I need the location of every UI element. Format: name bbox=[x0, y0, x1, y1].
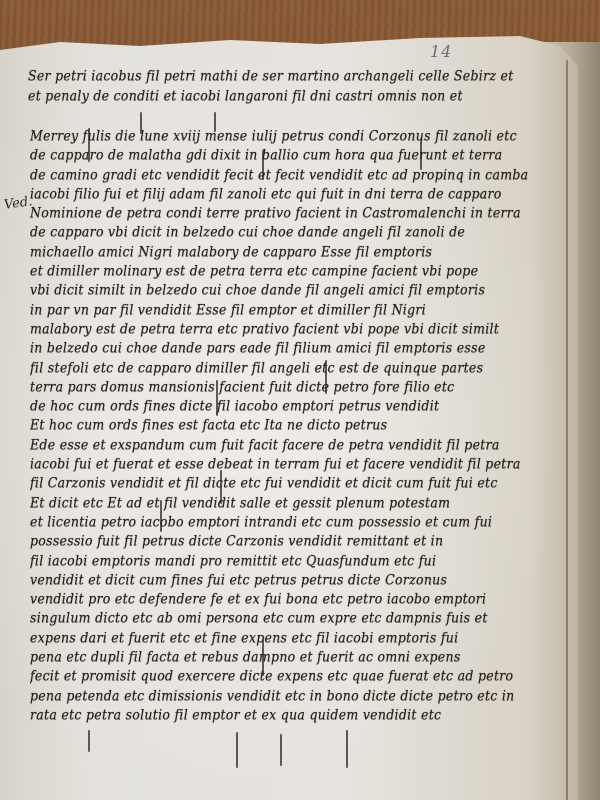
ink-descender bbox=[160, 500, 162, 532]
page-fold-line bbox=[566, 60, 568, 800]
header-lines: Ser petri iacobus fil petri mathi de ser… bbox=[28, 66, 548, 106]
ink-descender bbox=[88, 730, 90, 752]
ink-descender bbox=[140, 112, 142, 134]
ink-descender bbox=[214, 112, 216, 132]
body-text: Merrey fulis die lune xviij mense iulij … bbox=[30, 126, 550, 724]
ink-descender bbox=[325, 360, 327, 394]
header-line: et penaly de conditi et iacobi langaroni… bbox=[28, 85, 548, 108]
ink-descender bbox=[346, 730, 348, 768]
text-line: rata etc petra solutio fil emptor et ex … bbox=[30, 703, 550, 725]
ink-descender bbox=[262, 640, 264, 676]
folio-number: 14 bbox=[430, 42, 452, 61]
ink-descender bbox=[220, 470, 222, 504]
ink-descender bbox=[262, 150, 264, 180]
ink-descender bbox=[420, 140, 422, 170]
ink-descender bbox=[88, 128, 90, 162]
ink-descender bbox=[280, 734, 282, 766]
ink-descender bbox=[216, 380, 218, 416]
ink-descender bbox=[236, 732, 238, 768]
